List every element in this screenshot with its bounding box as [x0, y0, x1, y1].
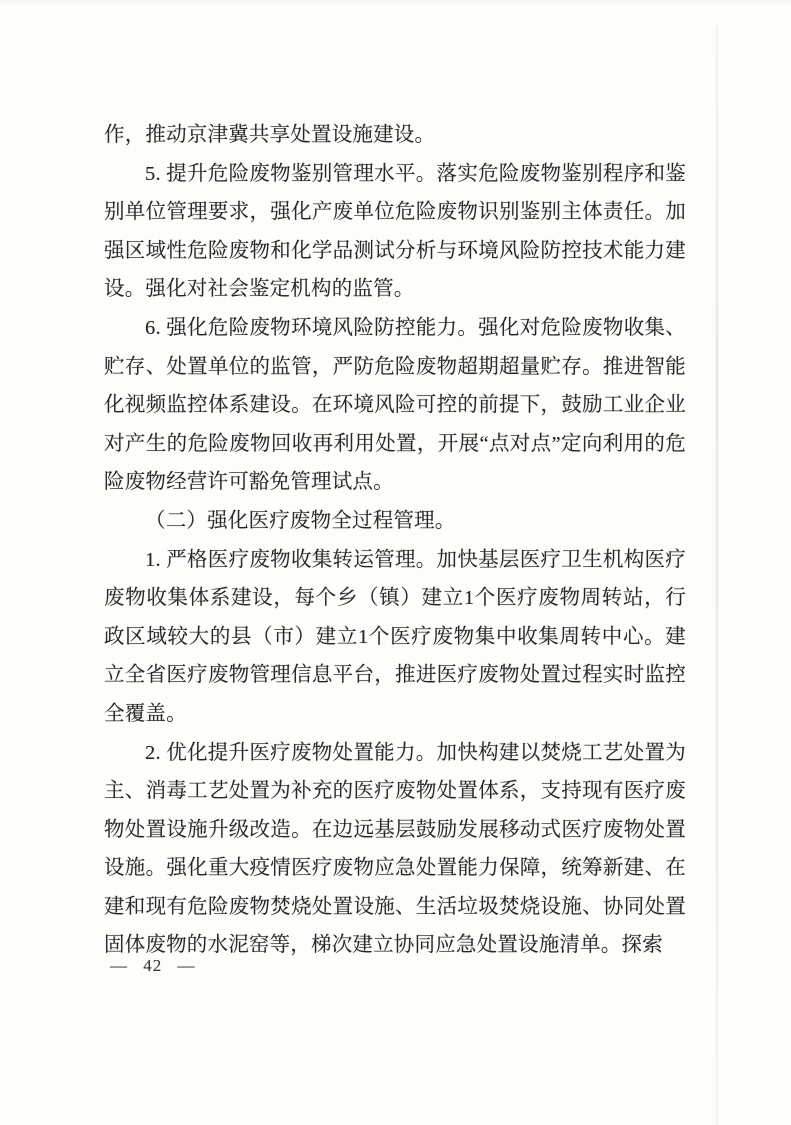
document-page: 作，推动京津冀共享处置设施建设。5. 提升危险废物鉴别管理水平。落实危险废物鉴别… — [0, 0, 791, 1125]
paragraph: 2. 优化提升医疗废物处置能力。加快构建以焚烧工艺处置为主、消毒工艺处置为补充的… — [104, 734, 686, 966]
paragraph: 6. 强化危险废物环境风险防控能力。强化对危险废物收集、贮存、处置单位的监管，严… — [104, 309, 686, 502]
body-text: 作，推动京津冀共享处置设施建设。5. 提升危险废物鉴别管理水平。落实危险废物鉴别… — [104, 116, 686, 965]
scan-artifact-line — [716, 26, 718, 1125]
page-number: — 42 — — [110, 956, 196, 975]
scan-top-edge-shade — [0, 0, 791, 7]
paragraph: 作，推动京津冀共享处置设施建设。 — [104, 116, 686, 155]
paragraph: 1. 严格医疗废物收集转运管理。加快基层医疗卫生机构医疗废物收集体系建设，每个乡… — [104, 541, 686, 734]
paragraph: （二）强化医疗废物全过程管理。 — [104, 502, 686, 541]
paragraph: 5. 提升危险废物鉴别管理水平。落实危险废物鉴别程序和鉴别单位管理要求，强化产废… — [104, 155, 686, 309]
page-footer: — 42 — — [110, 956, 196, 976]
